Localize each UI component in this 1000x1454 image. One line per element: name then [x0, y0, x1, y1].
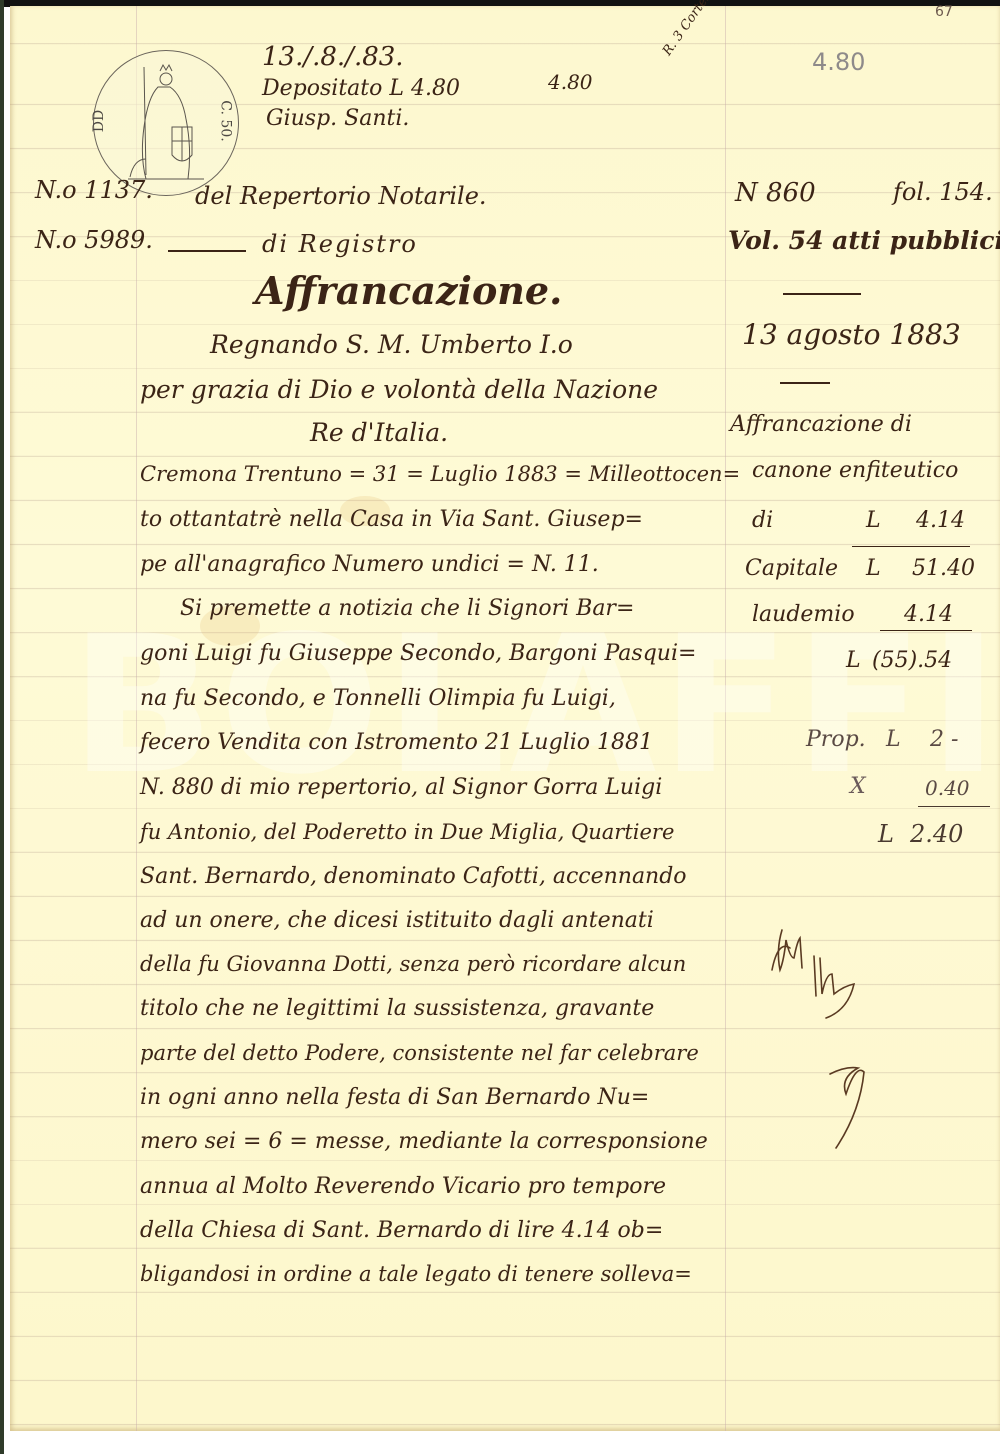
- summary-line-2: canone enfiteutico: [752, 458, 958, 483]
- body-line: bligandosi in ordine a tale legato di te…: [140, 1262, 692, 1286]
- registration-folio: fol. 154.: [893, 178, 993, 206]
- registration-number: N 860: [735, 178, 816, 208]
- summary-amount: 51.40: [912, 556, 975, 581]
- amount-note: 4.80: [548, 70, 593, 94]
- fee-currency: L: [878, 820, 894, 848]
- date-dash: [780, 382, 830, 384]
- body-line: Sant. Bernardo, denominato Cafotti, acce…: [140, 864, 687, 889]
- summary-currency: L: [846, 648, 861, 673]
- act-title: Affrancazione.: [255, 268, 562, 313]
- signature-marks: [770, 920, 890, 1160]
- pencil-amount: 4.80: [812, 48, 865, 76]
- fee-total: 2.40: [910, 820, 963, 848]
- summary-currency: L: [866, 556, 881, 581]
- scan-left-border: [0, 0, 4, 1454]
- body-line: in ogni anno nella festa di San Bernardo…: [140, 1085, 649, 1110]
- revenue-stamp: DD C. 50.: [93, 50, 239, 196]
- fee-label: Prop.: [806, 727, 866, 752]
- registration-volume: Vol. 54 atti pubblici: [728, 226, 1000, 255]
- fee-label: X: [850, 774, 866, 799]
- summary-amount: 4.14: [904, 602, 953, 627]
- summary-label: di: [752, 508, 773, 533]
- body-line: della fu Giovanna Dotti, senza però rico…: [140, 952, 686, 976]
- registration-date: 13 agosto 1883: [742, 318, 961, 351]
- fee-amount: 0.40: [925, 776, 970, 800]
- repertorio-title: del Repertorio Notarile.: [195, 182, 487, 210]
- body-line: N. 880 di mio repertorio, al Signor Gorr…: [140, 775, 662, 800]
- title-dash: [168, 250, 246, 252]
- summary-label: Capitale: [745, 556, 838, 581]
- fee-currency: L: [886, 727, 901, 752]
- italia-figure-icon: [124, 57, 208, 187]
- registro-title: di Registro: [262, 230, 418, 258]
- body-line: Cremona Trentuno = 31 = Luglio 1883 = Mi…: [140, 462, 740, 486]
- body-line: to ottantatrè nella Casa in Via Sant. Gi…: [140, 507, 643, 532]
- registro-number: N.o 5989.: [35, 226, 153, 254]
- body-line: titolo che ne legittimi la sussistenza, …: [140, 996, 654, 1021]
- body-line: ad un onere, che dicesi istituito dagli …: [140, 908, 654, 933]
- body-line: pe all'anagrafico Numero undici = N. 11.: [140, 552, 599, 577]
- body-line: annua al Molto Reverendo Vicario pro tem…: [140, 1174, 666, 1199]
- body-line: na fu Secondo, e Tonnelli Olimpia fu Lui…: [140, 686, 616, 711]
- summary-total: (55).54: [872, 648, 952, 673]
- stamp-value: C. 50.: [217, 100, 233, 141]
- summary-line-1: Affrancazione di: [730, 412, 912, 437]
- fee-amount: 2 -: [930, 727, 958, 752]
- summary-rule: [852, 546, 970, 547]
- summary-currency: L: [866, 508, 881, 533]
- fee-total-rule: [918, 806, 990, 807]
- body-line: mero sei = 6 = messe, mediante la corres…: [140, 1129, 708, 1154]
- deposit-signature: Giusp. Santi.: [266, 106, 409, 131]
- body-line: parte del detto Podere, consistente nel …: [140, 1041, 699, 1065]
- deposit-note: Depositato L 4.80: [262, 76, 460, 101]
- summary-amount: 4.14: [916, 508, 965, 533]
- summary-label: laudemio: [752, 602, 855, 627]
- date-note: 13./.8./.83.: [262, 42, 404, 72]
- body-line: fu Antonio, del Poderetto in Due Miglia,…: [140, 820, 674, 844]
- repertorio-number: N.o 1137.: [35, 176, 153, 204]
- body-line: per grazia di Dio e volontà della Nazion…: [140, 375, 658, 404]
- registration-dash: [783, 293, 861, 295]
- stamp-left-text: DD: [91, 110, 107, 132]
- body-line: della Chiesa di Sant. Bernardo di lire 4…: [140, 1218, 663, 1243]
- body-line: Regnando S. M. Umberto I.o: [210, 330, 573, 359]
- summary-total-rule: [880, 630, 972, 631]
- body-line: Re d'Italia.: [310, 418, 448, 447]
- body-line: Si premette a notizia che li Signori Bar…: [180, 596, 634, 621]
- body-line: goni Luigi fu Giuseppe Secondo, Bargoni …: [140, 641, 696, 666]
- page-number: 67: [935, 4, 953, 20]
- body-line: fecero Vendita con Istromento 21 Luglio …: [140, 730, 653, 755]
